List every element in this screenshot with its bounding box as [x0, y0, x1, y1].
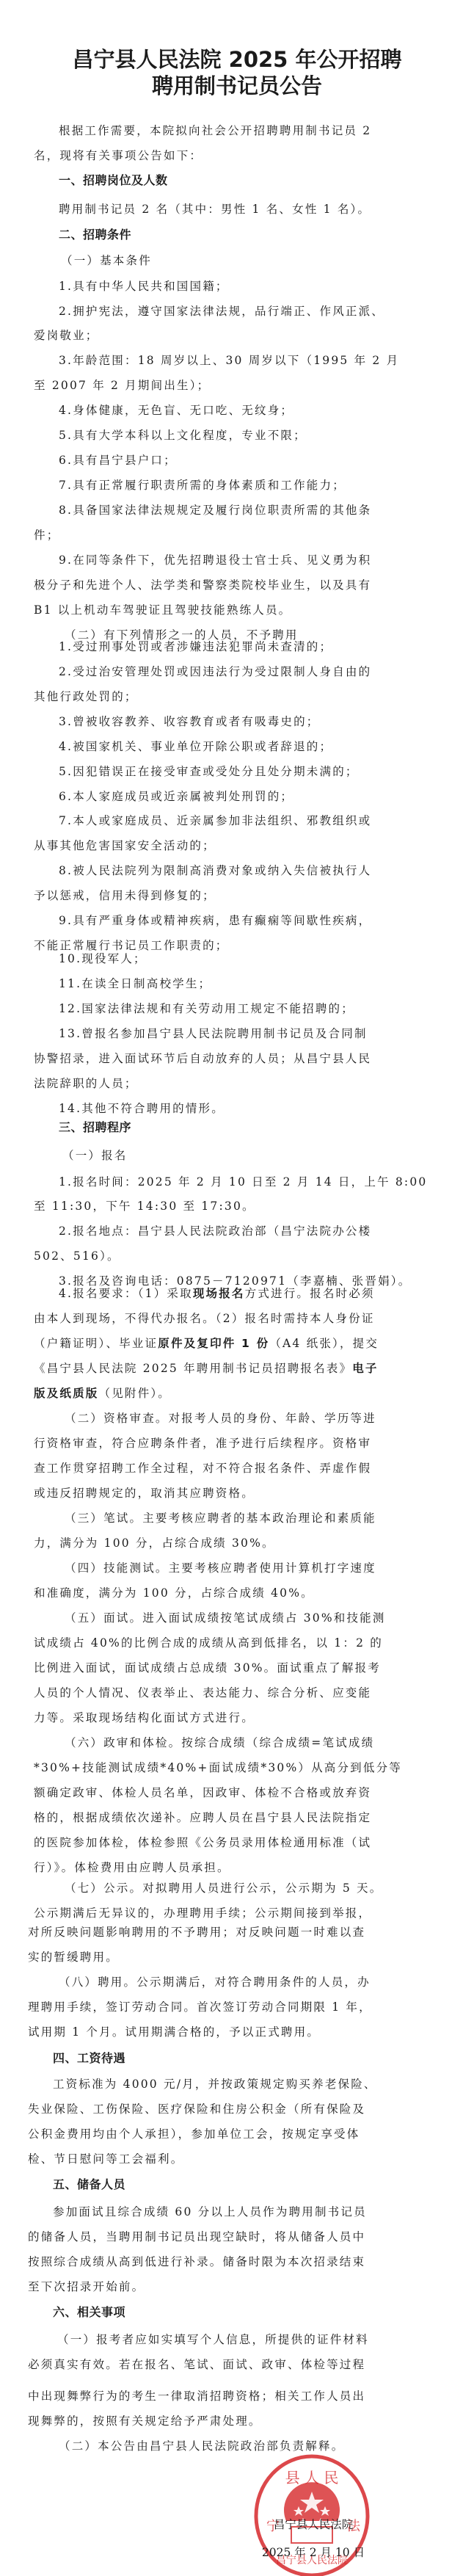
- exclusion-item: 11.在读全日制高校学生；: [59, 976, 211, 991]
- reserve-line: 的储备人员，当聘用制书记员出现空缺时，将从储备人员中: [28, 2229, 365, 2244]
- title-line-2: 聘用制书记员公告: [0, 73, 474, 99]
- req-bold: 原件及复印件 1 份: [158, 1337, 269, 1350]
- procedure-step: 人员的个人情况、仪表举止、表达能力、综合分析、应变能: [34, 1686, 371, 1700]
- exclusion-item: 不能正常履行书记员工作职责的；: [34, 938, 229, 953]
- basic-item: 2.拥护宪法，遵守国家法律法规，品行端正、作风正派、: [59, 304, 384, 319]
- procedure-step: 行资格审查，符合应聘条件者，准予进行后续程序。资格审: [34, 1436, 371, 1451]
- basic-item: 4.身体健康，无色盲、无口吃、无纹身；: [59, 403, 293, 418]
- exclusion-item: 4.被国家机关、事业单位开除公职或者辞退的；: [59, 739, 332, 754]
- exclusion-item: 法院辞职的人员；: [34, 1076, 138, 1091]
- section-heading-3: 三、招聘程序: [59, 1114, 131, 1141]
- exclusion-item: 12.国家法律法规和有关劳动用工规定不能招聘的；: [59, 1001, 354, 1016]
- procedure-step: 查工作贯穿招聘工作全过程，对不符合报名条件、弄虚作假: [34, 1461, 371, 1476]
- basic-item: 1.具有中华人民共和国国籍；: [59, 279, 229, 294]
- basic-item: 爱岗敬业；: [34, 328, 99, 343]
- procedure-step: 试用期 1 个月。试用期满合格的，予以正式聘用。: [28, 2025, 320, 2039]
- exclusion-item: 予以惩戒，信用未得到修复的；: [34, 888, 216, 903]
- procedure-step: *30%+技能测试成绩*40%+面试成绩*30%）从高分到低分等: [34, 1760, 402, 1775]
- req-text: （户籍证明）、毕业证: [34, 1337, 158, 1350]
- procedure-step: 行）》。体检费用由应聘人员承担。: [34, 1860, 230, 1875]
- registration-item: 1.报名时间：2025 年 2 月 10 日至 2 月 14 日，上午 8:00: [59, 1175, 427, 1189]
- req-text: 《昌宁县人民法院 2025 年聘用制书记员招聘报名表》: [34, 1362, 352, 1375]
- subheading-basic-conditions: （一）基本条件: [61, 253, 152, 268]
- reserve-line: 参加面试且综合成绩 60 分以上人员作为聘用制书记员: [53, 2205, 367, 2219]
- signature-org: 昌宁县人民法院: [258, 2511, 368, 2539]
- exclusion-item: 13.曾报名参加昌宁县人民法院聘用制书记员及合同制: [59, 1026, 368, 1041]
- basic-item: 5.具有大学本科以上文化程度，专业不限；: [59, 428, 307, 443]
- registration-item: 至 11:30，下午 14:30 至 17:30。: [34, 1199, 255, 1213]
- salary-line: 公积金费用均由个人承担），参加单位工会，按规定享受体: [28, 2127, 360, 2141]
- req-text: （A4 纸张），提交: [269, 1337, 379, 1350]
- procedure-step: 试成绩占 40%的比例合成的成绩从高到低排名，以 1：2 的: [34, 1636, 383, 1650]
- section-heading-5: 五、储备人员: [53, 2172, 125, 2198]
- req-text: （见附件）。: [99, 1387, 171, 1400]
- procedure-step: （三）笔试。主要考核应聘者的基本政治理论和素质能: [65, 1511, 376, 1525]
- exclusion-item: 6.本人家庭成员或近亲属被判处刑罚的；: [59, 789, 293, 804]
- basic-item: 6.具有昌宁县户口；: [59, 453, 177, 468]
- title-line-1: 昌宁县人民法院 2025 年公开招聘: [0, 46, 474, 73]
- section-heading-2: 二、招聘条件: [59, 222, 131, 248]
- procedure-step: 额确定政审、体检人员名单，因政审、体检不合格或放弃资: [34, 1785, 371, 1800]
- exclusion-item: 7.本人或家庭成员、近亲属参加非法组织、邪教组织或: [59, 813, 371, 828]
- basic-item: B1 以上机动车驾驶证且驾驶技能熟练人员。: [34, 603, 291, 617]
- procedure-step: （二）资格审查。对报考人员的身份、年龄、学历等进: [65, 1411, 376, 1426]
- req-bold: 版及纸质版: [34, 1387, 99, 1400]
- registration-item: 2.报名地点：昌宁县人民法院政治部（昌宁法院办公楼: [59, 1224, 371, 1238]
- req-bold: 现场报名: [193, 1287, 245, 1300]
- exclusion-item: 协警招录，进入面试环节后自动放弃的人员；从昌宁县人民: [34, 1051, 371, 1066]
- registration-requirements-line-3: （户籍证明）、毕业证原件及复印件 1 份（A4 纸张），提交: [34, 1336, 379, 1351]
- notes-line: （二）本公告由昌宁县人民法院政治部负责解释。: [59, 2439, 344, 2453]
- notes-line: （一）报考者应如实填写个人信息，所提供的证件材料: [57, 2332, 369, 2347]
- section-heading-1: 一、招聘岗位及人数: [59, 167, 168, 194]
- req-text: 4.报名要求：（1）采取: [59, 1287, 193, 1300]
- registration-requirements-line-1: 4.报名要求：（1）采取现场报名方式进行。报名时必须: [59, 1286, 375, 1301]
- exclusion-item: 其他行政处罚的；: [34, 689, 138, 704]
- notes-line: 现舞弊的，按照有关规定给予严肃处理。: [28, 2414, 262, 2428]
- procedure-step: 的医院参加体检，体检参照《公务员录用体检通用标准（试: [34, 1835, 371, 1850]
- procedure-step: 对所反映问题影响聘用的不予聘用；对反映问题一时难以查: [28, 1925, 365, 1940]
- signature-block: 昌宁县人民法院 2025 年 2 月 10 日: [258, 2511, 368, 2566]
- procedure-step: 格的，根据成绩依次递补。应聘人员在昌宁县人民法院指定: [34, 1810, 371, 1825]
- procedure-step: （六）政审和体检。按综合成绩（综合成绩=笔试成绩: [65, 1735, 374, 1750]
- procedure-step: （四）技能测试。主要考核应聘者使用计算机打字速度: [65, 1561, 376, 1575]
- notes-line: 必须真实有效。若在报名、笔试、面试、政审、体检等过程: [28, 2357, 365, 2372]
- positions-text: 聘用制书记员 2 名（其中：男性 1 名、女性 1 名）。: [59, 202, 371, 217]
- registration-requirements-line-4: 《昌宁县人民法院 2025 年聘用制书记员招聘报名表》电子: [34, 1361, 379, 1376]
- exclusion-item: 1.受过刑事处罚或者涉嫌违法犯罪尚未查清的；: [59, 639, 332, 654]
- procedure-step: 实的暂缓聘用。: [28, 1950, 119, 1964]
- registration-requirements-line-5: 版及纸质版（见附件）。: [34, 1386, 171, 1401]
- procedure-step: （八）聘用。公示期满后，对符合聘用条件的人员，办: [59, 1975, 371, 1989]
- req-text: 方式进行。报名时必须: [245, 1287, 375, 1300]
- basic-item: 3.年龄范围：18 周岁以上、30 周岁以下（1995 年 2 月: [59, 353, 399, 368]
- basic-item: 7.具有正常履行职责所需的身体素质和工作能力；: [59, 478, 346, 493]
- basic-item: 至 2007 年 2 月期间出生）；: [34, 378, 210, 393]
- procedure-step: 理聘用手续，签订劳动合同。首次签订劳动合同期限 1 年，: [28, 2000, 372, 2014]
- exclusion-item: 5.因犯错误正在接受审查或受处分且处分期未满的；: [59, 764, 359, 779]
- basic-item: 8.具备国家法律法规规定及履行岗位职责所需的其他条: [59, 503, 371, 518]
- signature-date: 2025 年 2 月 10 日: [258, 2539, 368, 2566]
- procedure-step: 和准确度，满分为 100 分，占综合成绩 40%。: [34, 1586, 314, 1600]
- section-heading-4: 四、工资待遇: [53, 2045, 125, 2072]
- intro-line-1: 根据工作需要，本院拟向社会公开招聘聘用制书记员 2: [59, 123, 371, 138]
- procedure-step: 力，满分为 100 分，占综合成绩 30%。: [34, 1536, 275, 1550]
- basic-item: 件；: [34, 528, 59, 543]
- basic-item: 9.在同等条件下，优先招聘退役士官士兵、见义勇为积: [59, 553, 371, 567]
- exclusion-item: 10.现役军人；: [59, 951, 147, 966]
- procedure-step: 公示期满后无异议的，办理聘用手续；公示期间接到举报，: [34, 1906, 371, 1920]
- exclusion-item: 2.受过治安管理处罚或因违法行为受过限制人身自由的: [59, 664, 371, 679]
- exclusion-item: 14.其他不符合聘用的情形。: [59, 1101, 225, 1116]
- procedure-step: （五）面试。进入面试成绩按笔试成绩占 30%和技能测: [65, 1611, 386, 1625]
- registration-item: 502、516）。: [34, 1249, 120, 1263]
- procedure-step: （七）公示。对拟聘用人员进行公示，公示期为 5 天。: [65, 1881, 382, 1895]
- reserve-line: 按照综合成绩从高到低进行补录。储备时限为本次招录结束: [28, 2254, 365, 2269]
- notes-line: 中出现舞弊行为的考生一律取消招聘资格；相关工作人员出: [28, 2389, 365, 2403]
- exclusion-item: 3.曾被收容教养、收容教育或者有吸毒史的；: [59, 714, 320, 729]
- intro-line-2: 名，现将有关事项公告如下：: [34, 148, 203, 163]
- procedure-step: 力等。采取现场结构化面试方式进行。: [34, 1710, 255, 1725]
- salary-line: 检、节日慰问等工会福利。: [28, 2152, 183, 2166]
- exclusion-item: 9.具有严重身体或精神疾病，患有癫痫等间歇性疾病，: [59, 913, 371, 928]
- procedure-step: 比例进入面试，面试成绩占总成绩 30%。面试重点了解报考: [34, 1661, 381, 1675]
- registration-requirements-line-2: 由本人到现场，不得代办报名。（2）报名时需持本人身份证: [34, 1311, 375, 1326]
- exclusion-item: 从事其他危害国家安全活动的；: [34, 838, 216, 853]
- salary-line: 失业保险、工伤保险、医疗保险和住房公积金（所有保险及: [28, 2102, 365, 2116]
- exclusion-item: 8.被人民法院列为限制高消费对象或纳入失信被执行人: [59, 863, 371, 878]
- salary-line: 工资标准为 4000 元/月，并按政策规定购买养老保险、: [53, 2077, 377, 2091]
- req-bold: 电子: [352, 1362, 378, 1375]
- svg-text:县 人 民: 县 人 民: [285, 2469, 339, 2486]
- procedure-step: 或违反招聘规定的，取消其应聘资格。: [34, 1486, 255, 1501]
- section-heading-6: 六、相关事项: [53, 2299, 125, 2326]
- basic-item: 极分子和先进个人、法学类和警察类院校毕业生，以及具有: [34, 578, 371, 592]
- subheading-registration: （一）报名: [62, 1148, 128, 1163]
- reserve-line: 至下次招录开始前。: [28, 2279, 145, 2294]
